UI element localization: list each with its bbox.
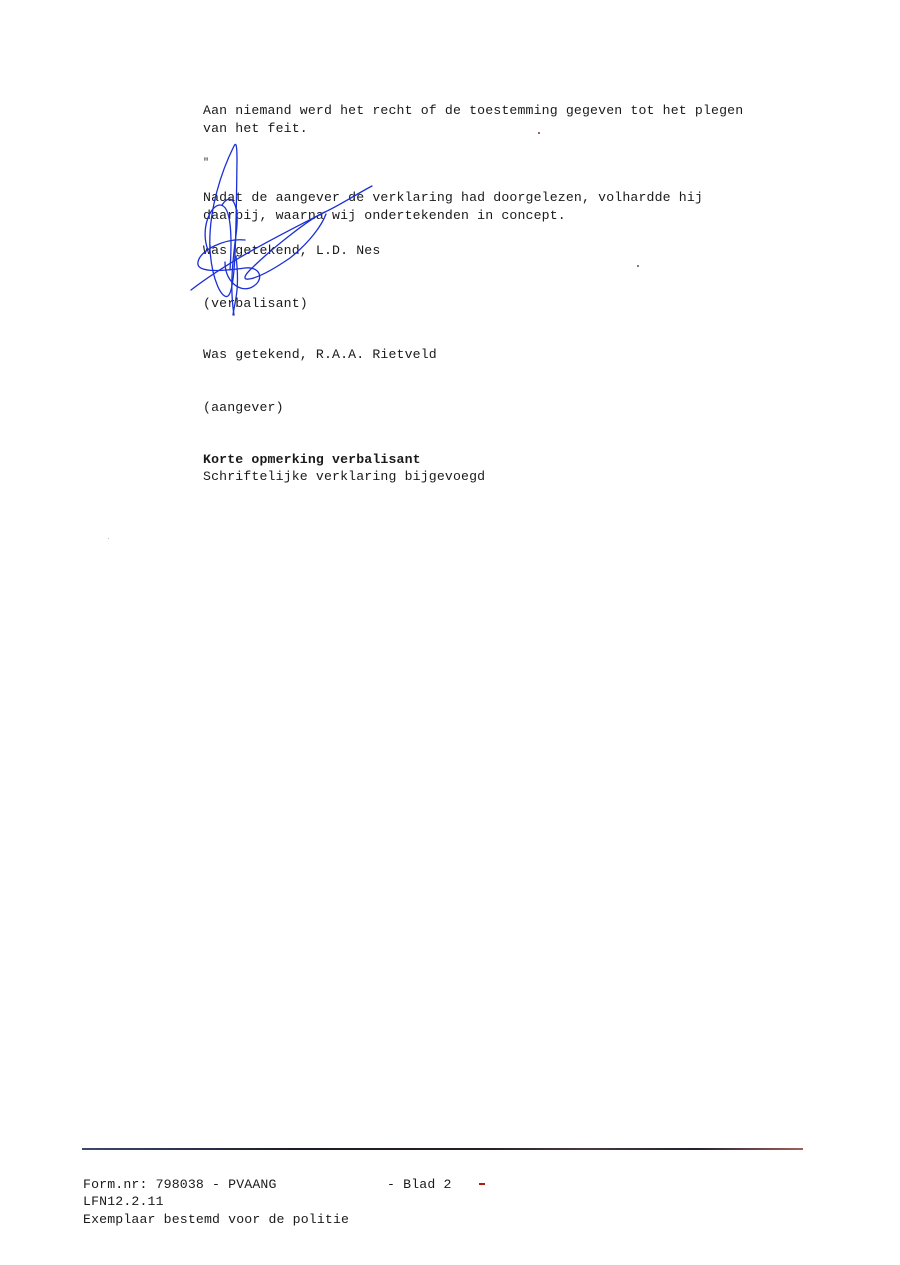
page-label: - Blad 2 (387, 1176, 452, 1194)
document-page: Aan niemand werd het recht of de toestem… (0, 0, 900, 1265)
scan-speck (637, 265, 639, 267)
declarant-role: (aangever) (203, 399, 284, 417)
scan-speck (108, 538, 109, 539)
body-line-4: daarbij, waarna wij ondertekenden in con… (203, 207, 566, 225)
remark-heading: Korte opmerking verbalisant (203, 451, 421, 469)
trailing-mark (479, 1183, 485, 1185)
signed-by-declarant: Was getekend, R.A.A. Rietveld (203, 346, 437, 364)
form-code: LFN12.2.11 (83, 1193, 164, 1211)
remark-text: Schriftelijke verklaring bijgevoegd (203, 468, 485, 486)
signed-by-officer: Was getekend, L.D. Nes (203, 242, 380, 260)
body-line-1: Aan niemand werd het recht of de toestem… (203, 102, 743, 120)
body-line-3: Nadat de aangever de verklaring had door… (203, 189, 703, 207)
officer-role: (verbalisant) (203, 295, 308, 313)
footer-divider (82, 1148, 803, 1150)
form-number: Form.nr: 798038 - PVAANG (83, 1176, 277, 1194)
closing-quote: " (203, 155, 209, 173)
body-line-2: van het feit. (203, 120, 308, 138)
scan-speck (538, 132, 540, 134)
copy-note: Exemplaar bestemd voor de politie (83, 1211, 349, 1229)
